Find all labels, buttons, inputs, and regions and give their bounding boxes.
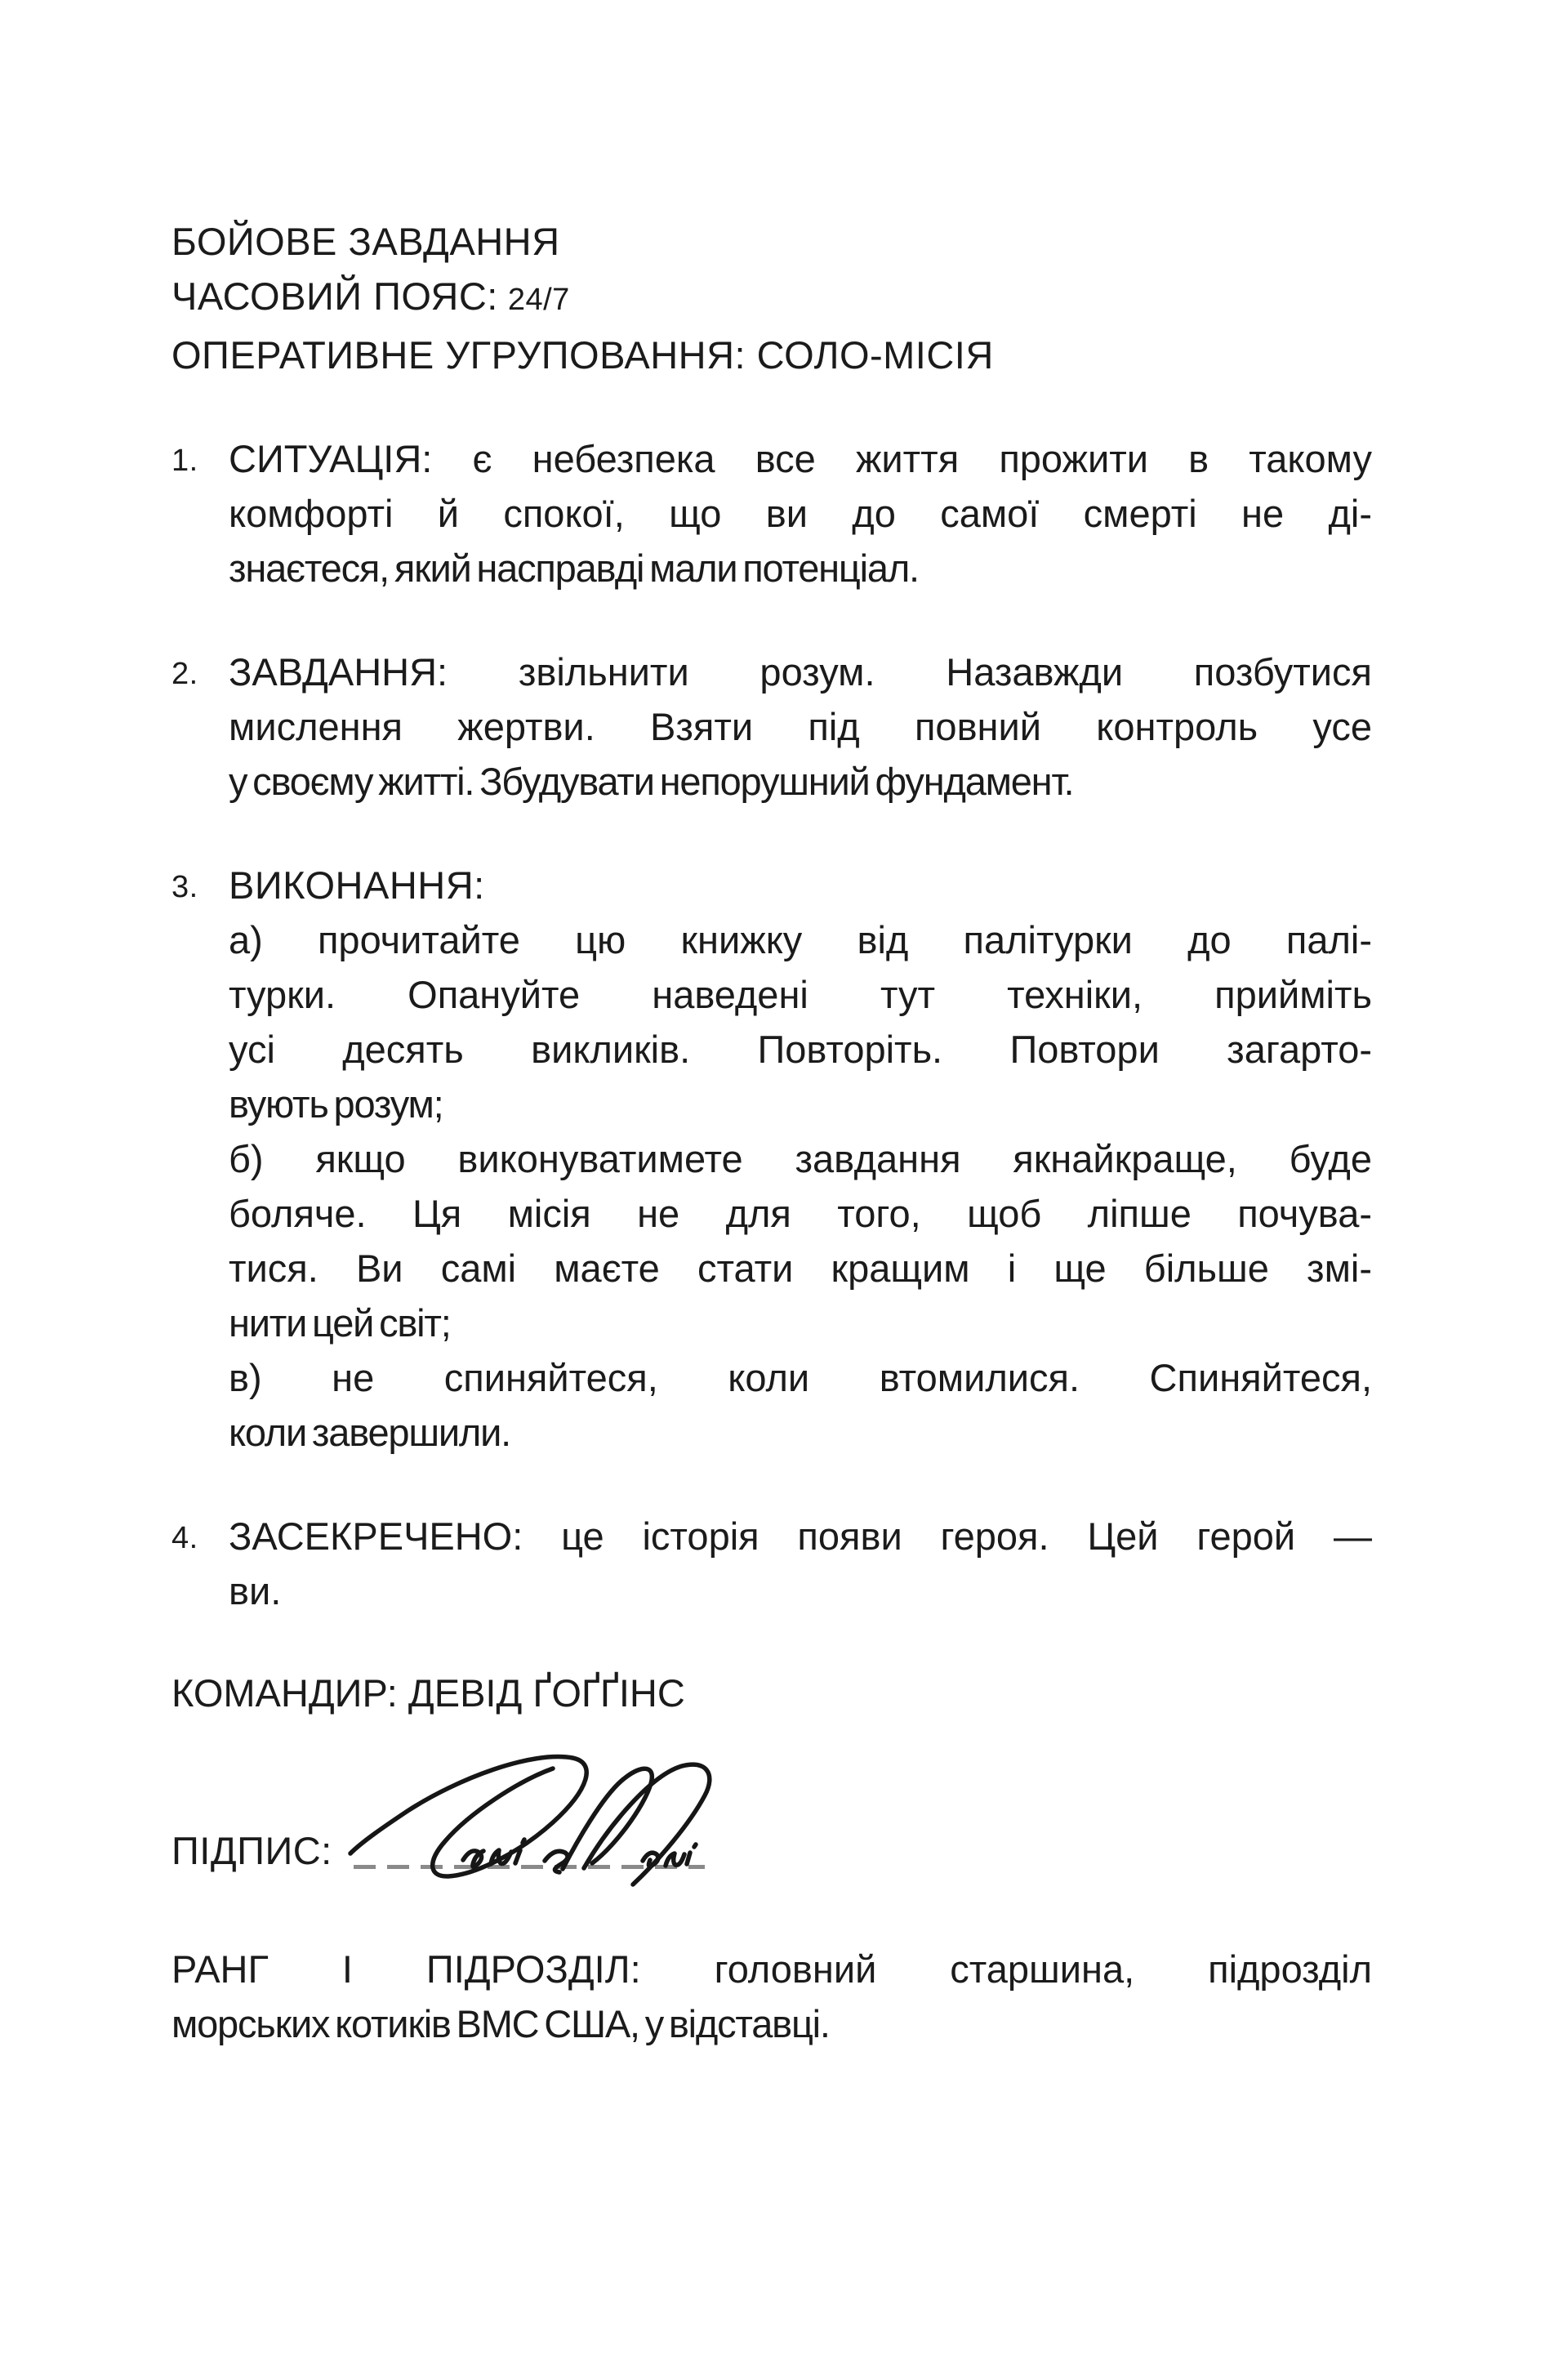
item-line: ВИКОНАННЯ: [229, 858, 1372, 912]
mission-header: БОЙОВЕ ЗАВДАННЯ ЧАСОВИЙ ПОЯС:24/7 ОПЕРАТ… [171, 214, 1372, 382]
header-line-timezone: ЧАСОВИЙ ПОЯС:24/7 [171, 269, 1372, 328]
item-number: 4. [171, 1511, 198, 1566]
list-item-classified: 4. ЗАСЕКРЕЧЕНО: це історія появи героя. … [171, 1509, 1372, 1618]
commander-line: КОМАНДИР: ДЕВІД ҐОҐҐІНС [171, 1666, 1372, 1720]
header-line-title: БОЙОВЕ ЗАВДАННЯ [171, 214, 1372, 269]
item-number: 3. [171, 860, 198, 915]
item-line: у своєму житті. Збудувати непорушний фун… [229, 754, 1372, 809]
item-line: б) якщо виконуватимете завдання якнайкра… [229, 1131, 1372, 1186]
item-line: ви. [229, 1563, 1372, 1618]
item-line: вують розум; [229, 1077, 1372, 1131]
signature-drawing [336, 1744, 729, 1904]
timezone-value: 24/7 [508, 283, 570, 317]
item-line: боляче. Ця місія не для того, щоб ліпше … [229, 1186, 1372, 1241]
item-number: 2. [171, 647, 198, 702]
item-line: знаєтеся, який насправді мали потенціал. [229, 541, 1372, 595]
list-item-task: 2. ЗАВДАННЯ: звільнити розум. Назавжди п… [171, 645, 1372, 809]
item-line: нити цей світ; [229, 1296, 1372, 1350]
item-line: ЗАВДАННЯ: звільнити розум. Назавжди позб… [229, 645, 1372, 699]
item-line: усі десять викликів. Повторіть. Повтори … [229, 1022, 1372, 1077]
item-line: СИТУАЦІЯ: є небезпека все життя прожити … [229, 431, 1372, 486]
list-item-execution: 3. ВИКОНАННЯ: а) прочитайте цю книжку ві… [171, 858, 1372, 1460]
item-line: турки. Опануйте наведені тут техніки, пр… [229, 967, 1372, 1022]
rank-block: РАНГ І ПІДРОЗДІЛ: головний старшина, під… [171, 1942, 1372, 2051]
item-line: мислення жертви. Взяти під повний контро… [229, 699, 1372, 754]
item-line: в) не спиняйтеся, коли втомилися. Спиняй… [229, 1350, 1372, 1405]
page-content: БОЙОВЕ ЗАВДАННЯ ЧАСОВИЙ ПОЯС:24/7 ОПЕРАТ… [171, 214, 1372, 2051]
header-line-taskforce: ОПЕРАТИВНЕ УГРУПОВАННЯ: СОЛО-МІСІЯ [171, 328, 1372, 382]
rank-line: морських котиків ВМС США, у відставці. [171, 1996, 1372, 2051]
item-line: тися. Ви самі маєте стати кращим і ще бі… [229, 1241, 1372, 1296]
signature-row: ПІДПИС: [171, 1823, 1372, 1878]
signature-line [354, 1865, 705, 1869]
item-line: ЗАСЕКРЕЧЕНО: це історія появи героя. Цей… [229, 1509, 1372, 1563]
signature-label: ПІДПИС: [171, 1823, 332, 1878]
item-number: 1. [171, 434, 198, 488]
item-line: а) прочитайте цю книжку від палітурки до… [229, 912, 1372, 967]
timezone-label: ЧАСОВИЙ ПОЯС: [171, 274, 498, 318]
list-item-situation: 1. СИТУАЦІЯ: є небезпека все життя прожи… [171, 431, 1372, 595]
rank-line: РАНГ І ПІДРОЗДІЛ: головний старшина, під… [171, 1942, 1372, 1996]
item-line: комфорті й спокої, що ви до самої смерті… [229, 486, 1372, 541]
item-line: коли завершили. [229, 1405, 1372, 1460]
book-page: БОЙОВЕ ЗАВДАННЯ ЧАСОВИЙ ПОЯС:24/7 ОПЕРАТ… [0, 0, 1568, 2355]
